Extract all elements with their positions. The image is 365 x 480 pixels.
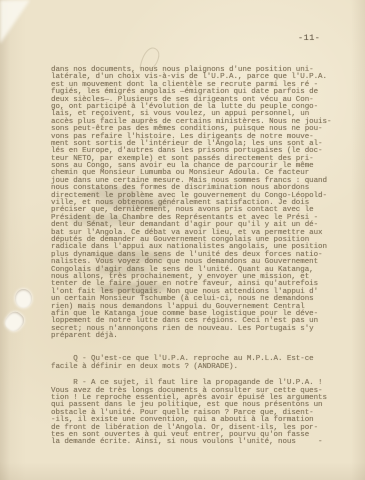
- paragraph-answer: R - A ce sujet, il faut lire la propagan…: [51, 380, 351, 447]
- text-line: la demande écrite. Ainsi, si nous voulon…: [51, 439, 351, 446]
- scanned-document-page: -11- dans nos documents, nous nous plaig…: [0, 0, 365, 480]
- text-line: préparent déjà.: [51, 333, 351, 340]
- paragraph-answer-continuation: dans nos documents, nous nous plaignons …: [51, 67, 351, 340]
- punch-hole: [2, 309, 27, 334]
- page-corner-highlight: [0, 0, 30, 44]
- text-line: facile à définir en deux mots ? (ANDRADE…: [51, 364, 351, 371]
- paragraph-question: Q - Qu'est-ce que l'U.P.A. reproche au M…: [51, 356, 351, 371]
- typewritten-text: dans nos documents, nous nous plaignons …: [51, 67, 351, 447]
- page-number: -11-: [298, 33, 320, 43]
- punch-hole: [15, 289, 32, 308]
